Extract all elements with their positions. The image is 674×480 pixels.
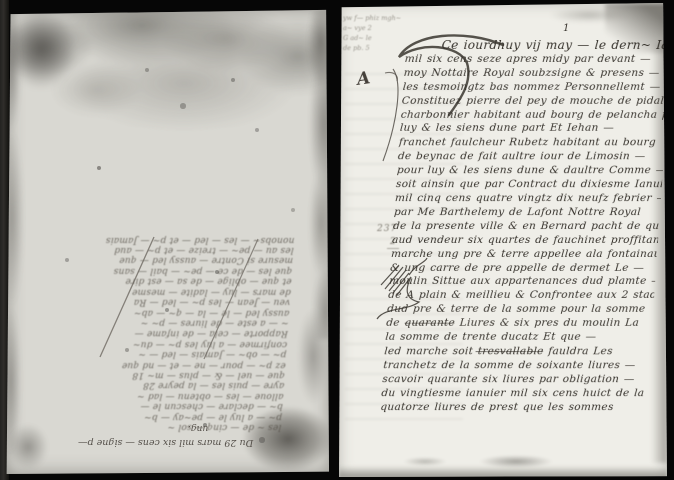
handwriting-line: de la presente ville & en Bernard pacht … xyxy=(393,220,660,234)
shade-bottom-edge xyxy=(339,466,667,478)
handwriting-line: tranchetz de la somme de soixante liures… xyxy=(383,359,650,373)
smudge-top-margin xyxy=(549,7,629,23)
handwriting-line: de q̶u̶a̶r̶a̶n̶t̶e̶ Liures & six pres du… xyxy=(386,317,653,331)
cancellation-strokes-icon xyxy=(6,9,330,474)
handwriting-line: franchet faulcheur Rubetz habitant au bo… xyxy=(398,136,665,150)
handwriting-line: les tesmoingtz bas nommez Personnellemt … xyxy=(402,81,669,95)
handwriting-line: aud vendeur six quartes de fauchinet pro… xyxy=(392,234,659,248)
handwriting-line: charbonnier habitant aud bourg de pelanc… xyxy=(400,109,667,123)
handwriting-line: soit ainsin que par Contract du dixiesme… xyxy=(395,178,662,192)
handwriting-line: led marche soit t̶r̶e̶s̶v̶a̶l̶l̶a̶b̶l̶e̶… xyxy=(384,345,651,359)
handwriting-line: dud pre & terre de la somme pour la somm… xyxy=(387,303,654,317)
handwriting-line: quatorze liures de prest que les sommes xyxy=(380,401,647,415)
handwriting-line: de beynac de fait aultre iour de Limosin… xyxy=(397,150,664,164)
handwriting-line: yw f— phiz mgh~ xyxy=(343,13,413,23)
handwriting-line: & ung carre de pre appelle de dermet Le … xyxy=(390,262,657,276)
left-page: les ~ de — cinq — sol ~p~ — a luy le — p… xyxy=(6,9,330,474)
folio-number: 1 xyxy=(563,23,569,34)
handwriting-line: du vingtiesme ianuier mil six cens huict… xyxy=(381,387,648,401)
handwriting-line: moulin Sittue aux appartenances dud plam… xyxy=(389,275,656,289)
smudge-bottom-left xyxy=(403,457,447,466)
handwriting-line: pour luy & les siens dune & daultre Comm… xyxy=(396,164,663,178)
manuscript-scan: les ~ de — cinq — sol ~p~ — a luy le — p… xyxy=(0,0,674,480)
margin-monogram: A xyxy=(356,68,372,90)
handwriting-line: Ce iourdhuy vij may — le dern~ Iannuer — xyxy=(441,39,672,53)
handwriting-line: la somme de trente ducatz Et que — xyxy=(385,331,652,345)
handwriting-line: moy Nottaire Royal soubzsigne & presens … xyxy=(403,67,670,81)
handwriting-block-main: Ce iourdhuy vij may — le dern~ Iannuer —… xyxy=(380,39,672,414)
handwriting-line: par Me Barthelemy de Lafont Nottre Royal xyxy=(393,206,660,220)
smudge-bottom-center xyxy=(479,455,553,468)
handwriting-line: Constituez pierre del pey de mouche de p… xyxy=(401,95,668,109)
right-page: 1 yw f— phiz mgh~a~ vye 2G ad~ lede pb. … xyxy=(339,3,667,478)
handwriting-line: luy & les siens dune part Et Iehan — xyxy=(399,122,666,136)
handwriting-line: de A plain & meillieu & Confrontee aux 2… xyxy=(388,289,655,303)
handwriting-line: scavoir quarante six liures par obligati… xyxy=(382,373,649,387)
footer-line: Du 29 mars mil six cens — signe p— xyxy=(78,437,253,448)
footer-word: ung. xyxy=(188,423,208,433)
handwriting-line: mil cinq cens quatre vingtz dix neufz fe… xyxy=(394,192,661,206)
handwriting-line: marche ung pre & terre appellee ala font… xyxy=(391,248,658,262)
handwriting-line: mil six cens seze apres midy par devant … xyxy=(404,53,671,67)
